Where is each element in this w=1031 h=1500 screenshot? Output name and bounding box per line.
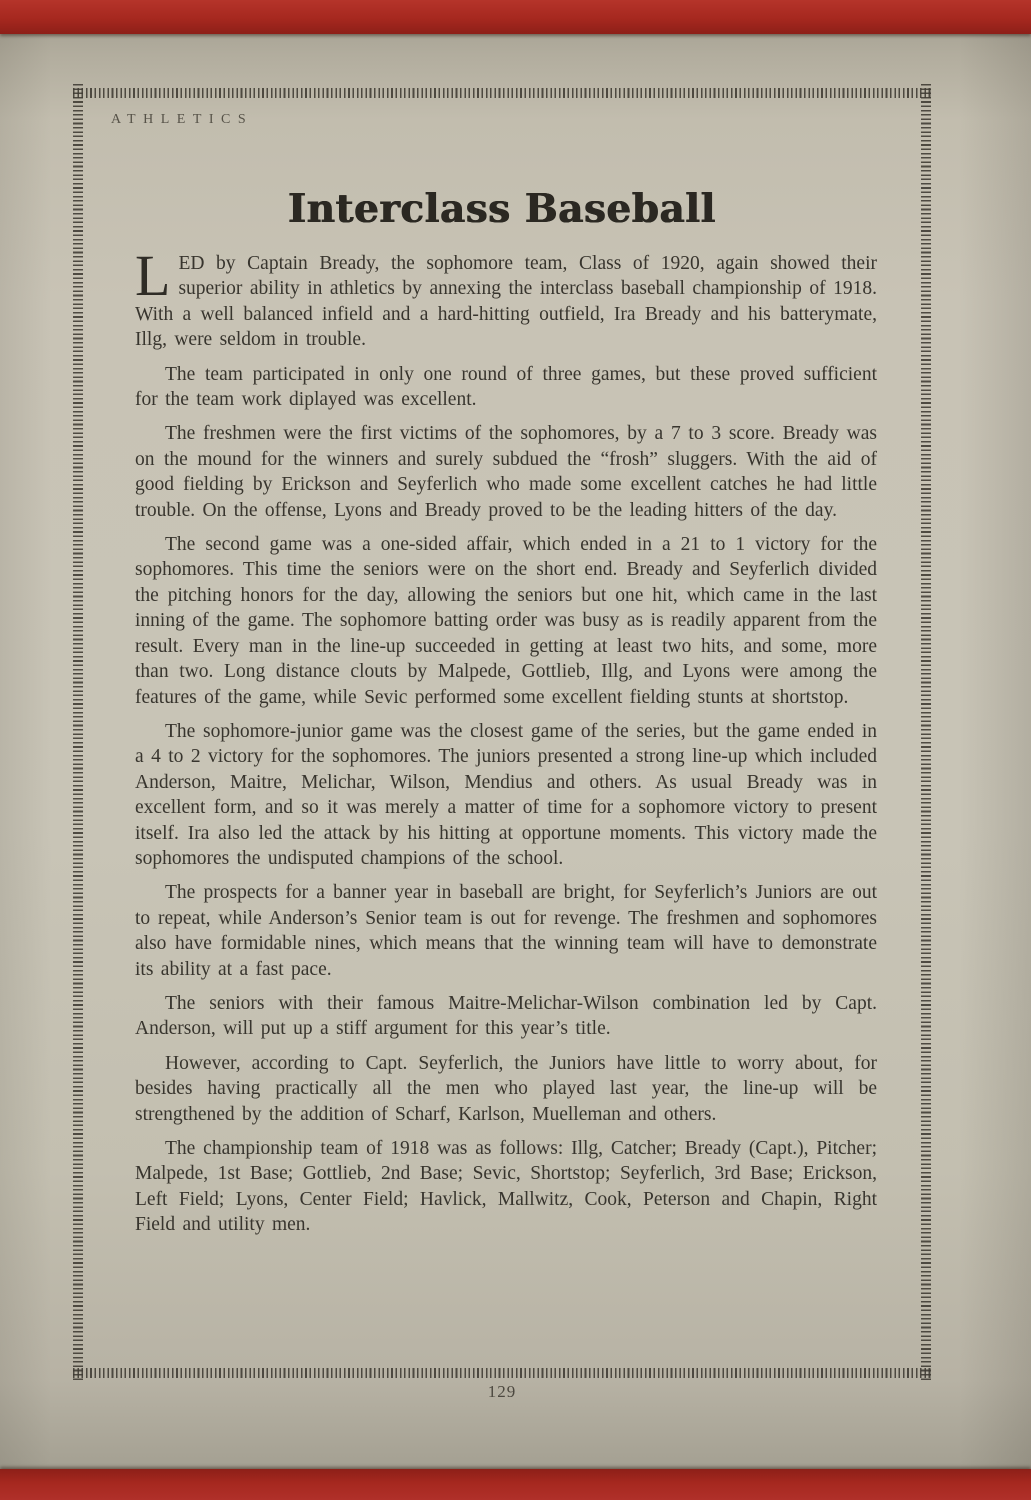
running-head: ATHLETICS (111, 112, 253, 128)
page-title: Interclass Baseball (73, 186, 931, 232)
paragraph: The prospects for a banner year in baseb… (135, 880, 877, 982)
paragraph: The team participated in only one round … (135, 362, 877, 413)
book-page-photo: ATHLETICS Interclass Baseball LED by Cap… (0, 0, 1031, 1500)
paragraph-text: ED by Captain Bready, the sophomore team… (135, 253, 877, 350)
drop-cap: L (135, 251, 178, 298)
page-border-bottom (73, 1368, 931, 1378)
book-cover-edge-top (0, 0, 1031, 34)
paragraph: The seniors with their famous Maitre-Mel… (135, 991, 877, 1042)
paragraph: The second game was a one-sided affair, … (135, 532, 877, 710)
book-cover-edge-bottom (0, 1469, 1031, 1500)
paragraph: The sophomore-junior game was the closes… (135, 719, 877, 871)
paragraph: LED by Captain Bready, the sophomore tea… (135, 251, 877, 353)
paragraph: However, according to Capt. Seyferlich, … (135, 1051, 877, 1127)
page-border-right (921, 84, 931, 1381)
page: ATHLETICS Interclass Baseball LED by Cap… (0, 0, 1031, 1500)
page-border-top (73, 88, 931, 98)
page-number: 129 (73, 1382, 931, 1402)
page-border-left (73, 84, 83, 1381)
paragraph: The freshmen were the first victims of t… (135, 421, 877, 523)
paragraph: The championship team of 1918 was as fol… (135, 1136, 877, 1238)
article-body: LED by Captain Bready, the sophomore tea… (135, 251, 877, 1247)
